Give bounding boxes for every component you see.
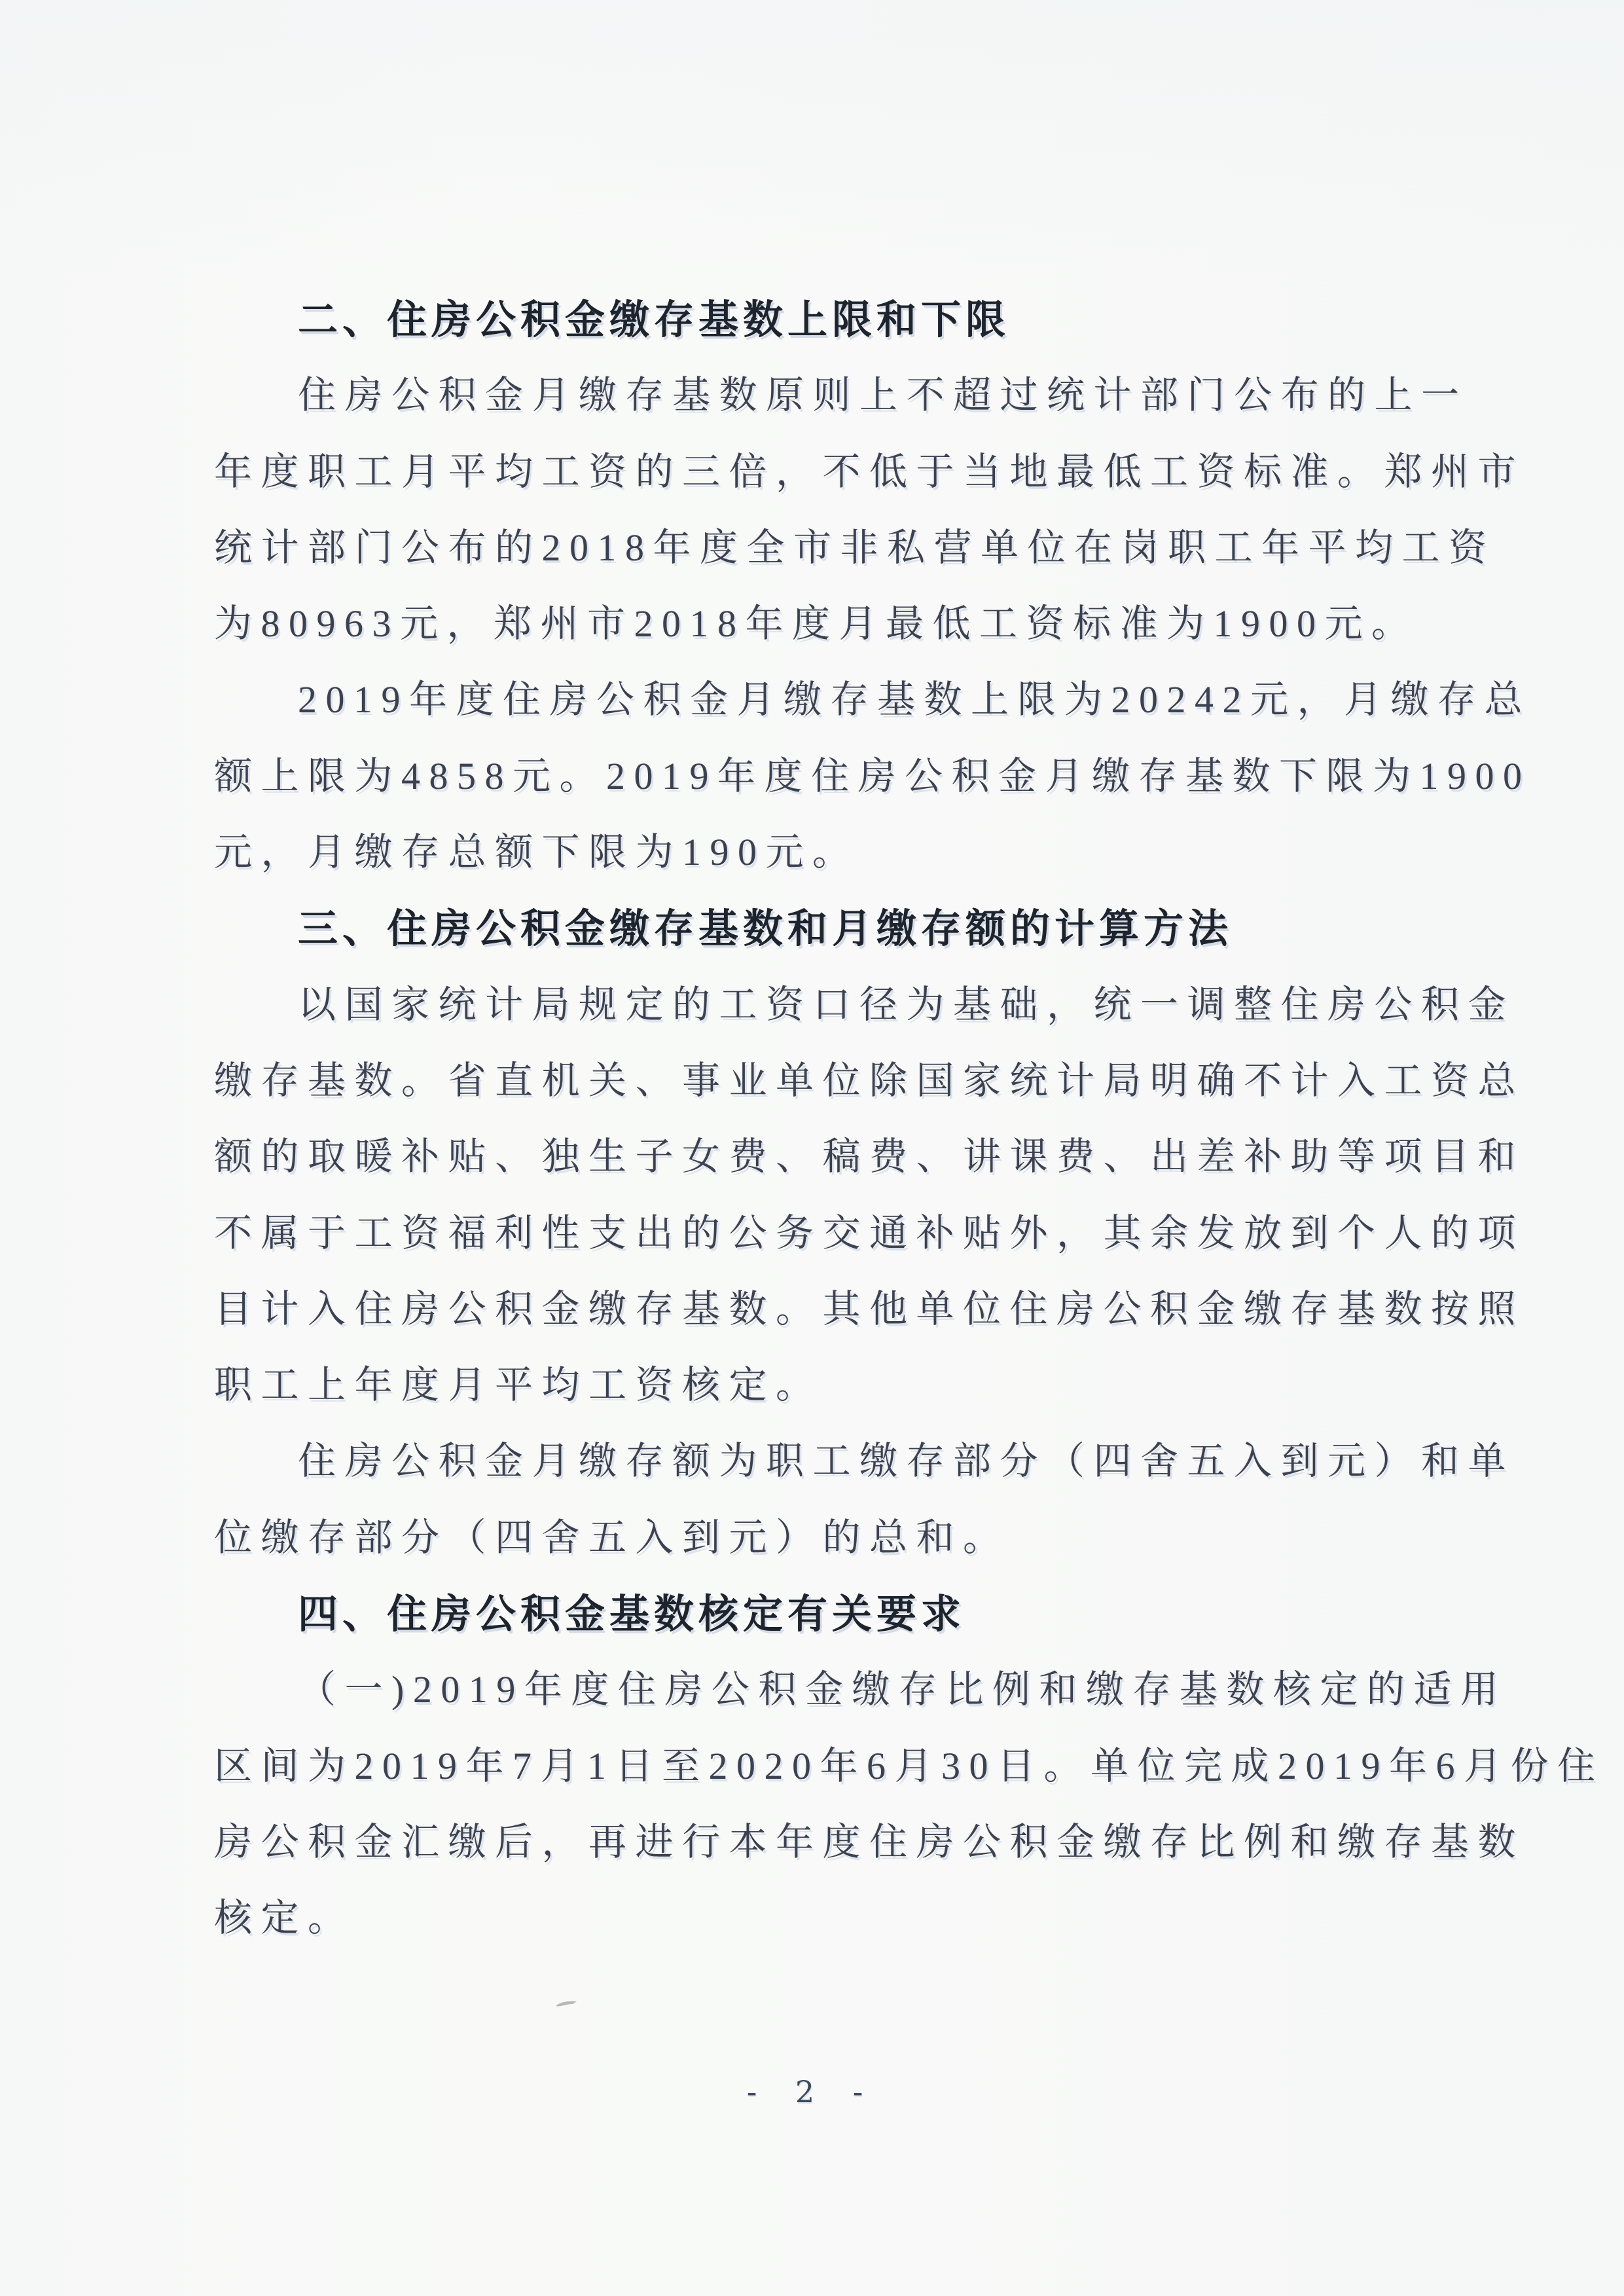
section-heading-3: 三、住房公积金缴存基数和月缴存额的计算方法 xyxy=(214,890,1430,966)
document-line: （一)2019年度住房公积金缴存比例和缴存基数核定的适用 xyxy=(214,1652,1430,1728)
section-heading-2: 二、住房公积金缴存基数上限和下限 xyxy=(214,282,1430,357)
document-line: 不属于工资福利性支出的公务交通补贴外，其余发放到个人的项 xyxy=(214,1195,1430,1271)
document-line: 缴存基数。省直机关、事业单位除国家统计局明确不计入工资总 xyxy=(214,1043,1430,1119)
document-line: 房公积金汇缴后，再进行本年度住房公积金缴存比例和缴存基数 xyxy=(214,1804,1430,1880)
document-line: 位缴存部分（四舍五入到元）的总和。 xyxy=(214,1500,1430,1576)
document-line: 以国家统计局规定的工资口径为基础，统一调整住房公积金 xyxy=(214,967,1430,1043)
document-line: 统计部门公布的2018年度全市非私营单位在岗职工年平均工资 xyxy=(214,510,1430,586)
document-line: 住房公积金月缴存额为职工缴存部分（四舍五入到元）和单 xyxy=(214,1423,1430,1499)
document-line: 核定。 xyxy=(214,1880,1430,1956)
document-line: 额上限为4858元。2019年度住房公积金月缴存基数下限为1900 xyxy=(214,738,1430,814)
ink-smudge-mark xyxy=(553,1998,579,2013)
document-line: 区间为2019年7月1日至2020年6月30日。单位完成2019年6月份住 xyxy=(214,1728,1430,1804)
document-body: 二、住房公积金缴存基数上限和下限 住房公积金月缴存基数原则上不超过统计部门公布的… xyxy=(214,282,1430,1957)
document-line: 2019年度住房公积金月缴存基数上限为20242元，月缴存总 xyxy=(214,662,1430,738)
document-line: 元，月缴存总额下限为190元。 xyxy=(214,814,1430,890)
scanned-document-page: 二、住房公积金缴存基数上限和下限 住房公积金月缴存基数原则上不超过统计部门公布的… xyxy=(0,0,1624,2296)
document-line: 为80963元，郑州市2018年度月最低工资标准为1900元。 xyxy=(214,586,1430,662)
document-line: 目计入住房公积金缴存基数。其他单位住房公积金缴存基数按照 xyxy=(214,1271,1430,1347)
document-line: 年度职工月平均工资的三倍，不低于当地最低工资标准。郑州市 xyxy=(214,434,1430,510)
document-line: 额的取暖补贴、独生子女费、稿费、讲课费、出差补助等项目和 xyxy=(214,1119,1430,1195)
document-line: 职工上年度月平均工资核定。 xyxy=(214,1347,1430,1423)
page-number: - 2 - xyxy=(0,2074,1624,2109)
section-heading-4: 四、住房公积金基数核定有关要求 xyxy=(214,1576,1430,1652)
document-line: 住房公积金月缴存基数原则上不超过统计部门公布的上一 xyxy=(214,357,1430,433)
